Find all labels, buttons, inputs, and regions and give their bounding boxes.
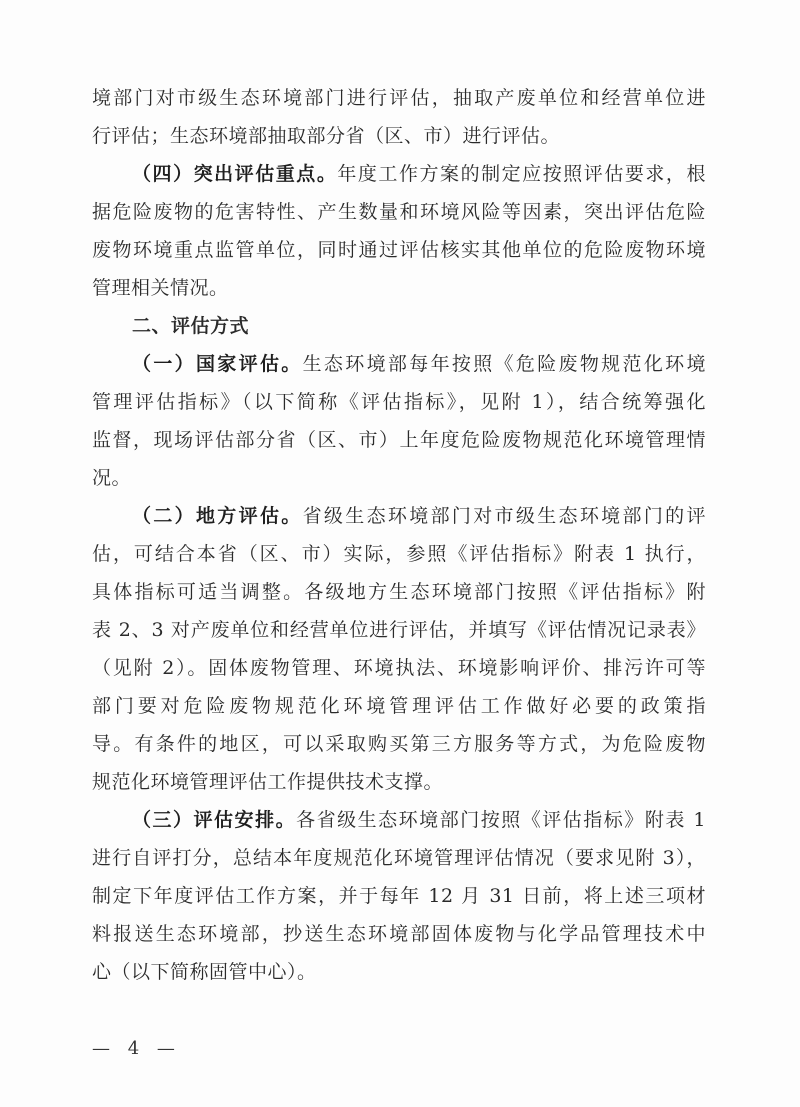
document-page: 境部门对市级生态环境部门进行评估，抽取产废单位和经营单位进 行评估；生态环境部抽… bbox=[0, 0, 800, 1107]
body-text-line: 进行自评打分，总结本年度规范化环境管理评估情况（要求见附 3）， bbox=[92, 844, 706, 872]
body-text-line: 管理相关情况。 bbox=[92, 274, 706, 302]
national-evaluation-title: （一）国家评估。 bbox=[132, 353, 303, 375]
body-text-line: 管理评估指标》（以下简称《评估指标》，见附 1），结合统筹强化 bbox=[92, 388, 706, 416]
body-text-line: 境部门对市级生态环境部门进行评估，抽取产废单位和经营单位进 bbox=[92, 84, 706, 112]
evaluation-arrangement-title: （三）评估安排。 bbox=[132, 809, 296, 831]
body-text-line: 导。有条件的地区，可以采取购买第三方服务等方式，为危险废物 bbox=[92, 730, 706, 758]
body-text-line: 行评估；生态环境部抽取部分省（区、市）进行评估。 bbox=[92, 122, 706, 150]
local-evaluation-title: （二）地方评估。 bbox=[132, 505, 303, 527]
section-four-title: （四）突出评估重点。 bbox=[132, 163, 337, 185]
body-text-line: 规范化环境管理评估工作提供技术支撑。 bbox=[92, 768, 706, 796]
body-text-line: 料报送生态环境部，抄送生态环境部固体废物与化学品管理技术中 bbox=[92, 920, 706, 948]
body-text-line: 部门要对危险废物规范化环境管理评估工作做好必要的政策指 bbox=[92, 692, 706, 720]
body-text-line: 制定下年度评估工作方案，并于每年 12 月 31 日前，将上述三项材 bbox=[92, 882, 706, 910]
section-four-paragraph: （四）突出评估重点。年度工作方案的制定应按照评估要求，根 bbox=[132, 160, 706, 188]
national-evaluation-paragraph: （一）国家评估。生态环境部每年按照《危险废物规范化环境 bbox=[132, 350, 706, 378]
body-text-line: 废物环境重点监管单位，同时通过评估核实其他单位的危险废物环境 bbox=[92, 236, 706, 264]
body-text-line: 具体指标可适当调整。各级地方生态环境部门按照《评估指标》附 bbox=[92, 578, 706, 606]
body-text-line: 况。 bbox=[92, 464, 706, 492]
section-heading-evaluation-method: 二、评估方式 bbox=[132, 312, 706, 340]
evaluation-arrangement-paragraph: （三）评估安排。各省级生态环境部门按照《评估指标》附表 1 bbox=[132, 806, 706, 834]
body-text-line: 心（以下简称固管中心）。 bbox=[92, 958, 706, 986]
body-text-line: 估，可结合本省（区、市）实际，参照《评估指标》附表 1 执行， bbox=[92, 540, 706, 568]
body-text-line: 监督，现场评估部分省（区、市）上年度危险废物规范化环境管理情 bbox=[92, 426, 706, 454]
body-text-line: 据危险废物的危害特性、产生数量和环境风险等因素，突出评估危险 bbox=[92, 198, 706, 226]
body-text-line: 表 2、3 对产废单位和经营单位进行评估，并填写《评估情况记录表》 bbox=[92, 616, 706, 644]
local-evaluation-paragraph: （二）地方评估。省级生态环境部门对市级生态环境部门的评 bbox=[132, 502, 706, 530]
page-number: — 4 — bbox=[92, 1038, 181, 1059]
body-text-line: （见附 2）。固体废物管理、环境执法、环境影响评价、排污许可等 bbox=[92, 654, 706, 682]
